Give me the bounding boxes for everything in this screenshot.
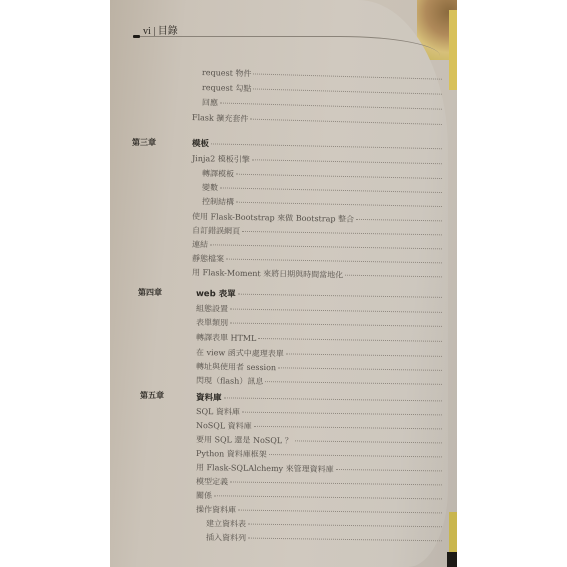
toc-entry: 建立資料表 <box>206 518 442 532</box>
toc-entry: 模型定義 <box>196 476 442 490</box>
dot-leader <box>230 481 442 485</box>
dot-leader <box>254 426 442 430</box>
dot-leader <box>226 259 442 264</box>
toc-entry: 連結 <box>192 239 442 254</box>
dot-leader <box>242 231 442 235</box>
dot-leader <box>238 510 442 514</box>
chapter-number: 第三章 <box>132 137 156 148</box>
dot-leader <box>248 524 442 528</box>
background-shadow <box>447 552 457 567</box>
toc-entry: 轉譯模板 <box>202 168 442 184</box>
toc-entry: 要用 SQL 還是 NoSQL ？ <box>196 434 442 448</box>
dot-leader <box>230 323 442 327</box>
toc-entry: 自訂錯誤網頁 <box>192 225 442 240</box>
toc-entry: 用 Flask-Moment 來將日期與時間當地化 <box>192 267 442 282</box>
dot-leader <box>230 309 442 313</box>
dot-leader <box>238 294 442 298</box>
toc-entry: Flask 擴充套件 <box>192 112 442 130</box>
toc-entry: 表單類別 <box>196 317 442 332</box>
dot-leader <box>336 469 442 471</box>
toc-entry: 用 Flask-SQLAlchemy 來管理資料庫 <box>196 462 442 476</box>
dot-leader <box>210 244 442 249</box>
chapter-title: 資料庫 <box>196 391 442 406</box>
toc-entry: NoSQL 資料庫 <box>196 420 442 434</box>
dot-leader <box>223 397 441 401</box>
chapter-number: 第四章 <box>138 287 162 298</box>
dot-leader <box>220 103 442 110</box>
table-of-contents: request 物件 request 勾點 回應 Flask 擴充套件 第三章 … <box>110 0 448 567</box>
toc-page: vi | 目錄 request 物件 request 勾點 回應 Flask 擴… <box>110 0 448 567</box>
toc-entry: 組態設置 <box>196 303 442 318</box>
dot-leader <box>236 174 442 179</box>
chapter-title: web 表單 <box>196 287 442 303</box>
toc-entry: 轉譯表單 HTML <box>196 332 442 347</box>
dot-leader <box>252 159 442 164</box>
dot-leader <box>258 338 442 342</box>
dot-leader <box>269 454 442 457</box>
dot-leader <box>278 367 442 371</box>
toc-entry: SQL 資料庫 <box>196 406 442 420</box>
toc-entry: 靜態檔案 <box>192 253 442 268</box>
dot-leader <box>248 538 442 542</box>
toc-entry: 回應 <box>202 97 442 115</box>
dot-leader <box>295 440 442 443</box>
chapter-number: 第五章 <box>140 390 164 401</box>
dot-leader <box>265 381 442 385</box>
dot-leader <box>214 495 442 499</box>
toc-entry: Python 資料庫框架 <box>196 448 442 462</box>
toc-entry: 控制結構 <box>202 196 442 212</box>
toc-entry: 操作資料庫 <box>196 504 442 518</box>
dot-leader <box>236 202 442 207</box>
toc-entry: 轉址與使用者 session <box>196 361 442 376</box>
book-page-photo: vi | 目錄 request 物件 request 勾點 回應 Flask 擴… <box>110 0 457 567</box>
chapter-title: 模板 <box>192 137 442 154</box>
dot-leader <box>345 275 442 278</box>
dot-leader <box>253 73 442 79</box>
background-cover-edge <box>449 10 457 90</box>
background-cover-edge <box>449 512 457 552</box>
dot-leader <box>250 119 442 125</box>
toc-entry: 使用 Flask-Bootstrap 來做 Bootstrap 整合 <box>192 211 442 226</box>
toc-entry: 變數 <box>202 182 442 198</box>
dot-leader <box>356 219 442 221</box>
dot-leader <box>242 412 442 416</box>
toc-entry: 在 view 函式中處理表單 <box>196 347 442 362</box>
toc-entry: 關係 <box>196 490 442 504</box>
dot-leader <box>253 88 442 94</box>
toc-entry: Jinja2 模板引擎 <box>192 153 442 169</box>
toc-entry: 閃現（flash）訊息 <box>196 375 442 390</box>
dot-leader <box>211 143 442 149</box>
dot-leader <box>286 353 442 356</box>
dot-leader <box>220 187 442 193</box>
toc-entry: 插入資料列 <box>206 532 442 546</box>
